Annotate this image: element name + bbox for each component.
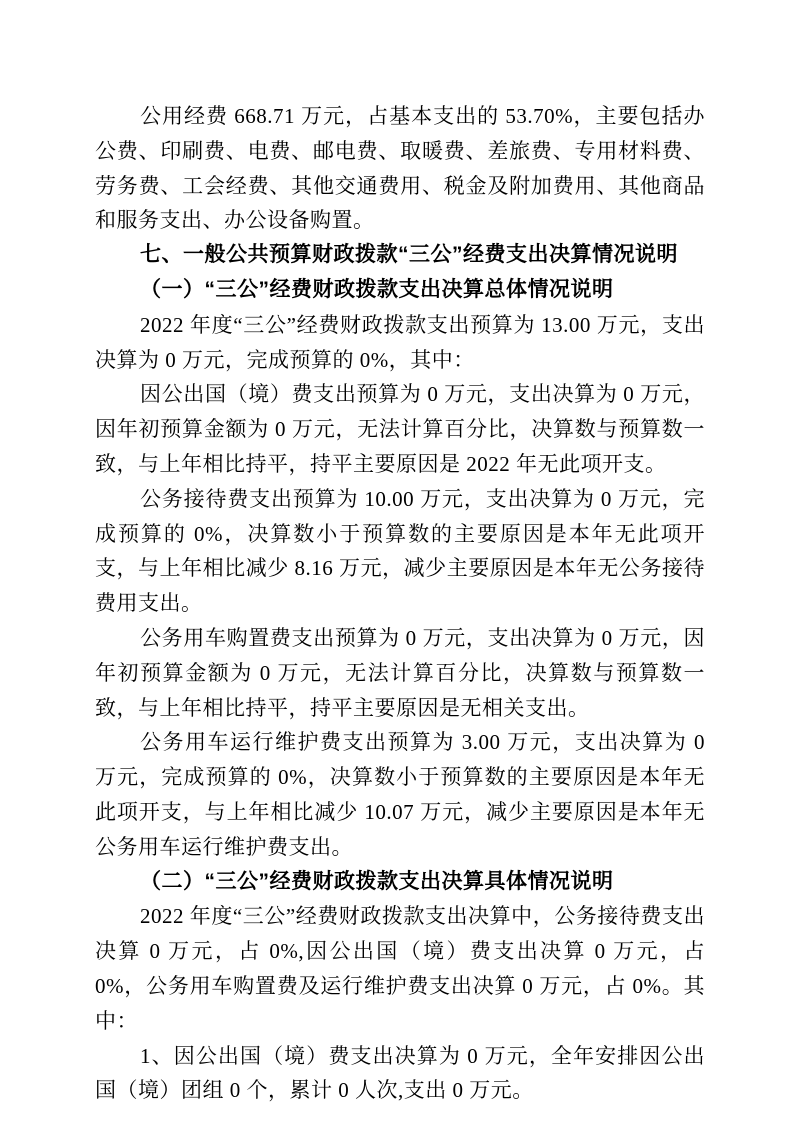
- heading-subsection-one-overall-situation: （一）“三公”经费财政拨款支出决算总体情况说明: [95, 273, 705, 308]
- heading-section-seven-three-public-expenses: 七、一般公共预算财政拨款“三公”经费支出决算情况说明: [95, 238, 705, 273]
- paragraph-overseas-travel-expense: 因公出国（境）费支出预算为 0 万元，支出决算为 0 万元，因年初预算金额为 0…: [95, 377, 705, 481]
- document-page: 公用经费 668.71 万元，占基本支出的 53.70%，主要包括办公费、印刷费…: [0, 0, 793, 1122]
- paragraph-official-reception-expense: 公务接待费支出预算为 10.00 万元，支出决算为 0 万元，完成预算的 0%，…: [95, 482, 705, 621]
- heading-subsection-two-specific-situation: （二）“三公”经费财政拨款支出决算具体情况说明: [95, 865, 705, 900]
- document-body: 公用经费 668.71 万元，占基本支出的 53.70%，主要包括办公费、印刷费…: [95, 99, 705, 1108]
- paragraph-item-1-overseas-travel-detail: 1、因公出国（境）费支出决算为 0 万元，全年安排因公出国（境）团组 0 个，累…: [95, 1039, 705, 1109]
- paragraph-public-funds-breakdown: 公用经费 668.71 万元，占基本支出的 53.70%，主要包括办公费、印刷费…: [95, 99, 705, 238]
- paragraph-2022-three-public-budget-total: 2022 年度“三公”经费财政拨款支出预算为 13.00 万元，支出决算为 0 …: [95, 308, 705, 378]
- paragraph-2022-final-accounts-summary: 2022 年度“三公”经费财政拨款支出决算中，公务接待费支出决算 0 万元，占 …: [95, 899, 705, 1038]
- paragraph-official-vehicle-purchase-expense: 公务用车购置费支出预算为 0 万元，支出决算为 0 万元，因年初预算金额为 0 …: [95, 621, 705, 725]
- paragraph-official-vehicle-maintenance-expense: 公务用车运行维护费支出预算为 3.00 万元，支出决算为 0 万元，完成预算的 …: [95, 725, 705, 864]
